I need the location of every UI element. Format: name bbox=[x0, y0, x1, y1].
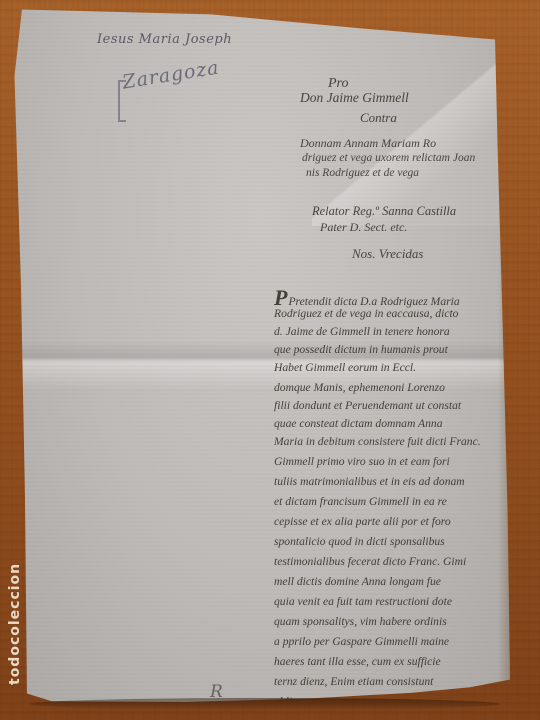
body-line: spontalicio quod in dicti sponsalibus bbox=[274, 535, 445, 548]
body-line: que possedit dictum in humanis prout bbox=[274, 343, 448, 356]
body-line: ternz dienz, Enim etiam consistunt bbox=[274, 675, 433, 688]
relator-line-1: Relator Reg.º Sanna Castilla bbox=[312, 204, 456, 219]
body-line: testimonialibus fecerat dicto Franc. Gim… bbox=[274, 555, 466, 568]
body-line: et dictam francisum Gimmell in ea re bbox=[274, 495, 447, 508]
body-line: a pprilo per Gaspare Gimmelli maine bbox=[274, 635, 449, 648]
caption-contra: Contra bbox=[360, 110, 397, 126]
pencil-header-invocation: Iesus Maria Joseph bbox=[97, 32, 232, 47]
todocoleccion-watermark: todocoleccion bbox=[7, 544, 31, 704]
body-line: cepisse et ex alia parte alii por et for… bbox=[274, 515, 451, 528]
nos-line: Nos. Vrecidas bbox=[352, 246, 424, 262]
manuscript-page: Iesus Maria Joseph Zaragoza Pro Don Jaim… bbox=[12, 6, 510, 704]
body-line: Rodriguez et de vega in eaccausa, dicto bbox=[274, 307, 458, 320]
page-shadow bbox=[30, 698, 500, 710]
caption-defendant-line-2: driguez et vega uxorem relictam Joan bbox=[302, 152, 475, 164]
body-line: Habet Gimmell eorum in Eccl. bbox=[274, 361, 416, 374]
body-line: Maria in debitum consistere fuit dicti F… bbox=[274, 435, 481, 448]
body-line: domque Manis, ephemenoni Lorenzo bbox=[274, 381, 445, 394]
caption-defendant-line-3: nis Rodriguez et de vega bbox=[306, 167, 419, 179]
body-line: haeres tant illa esse, cum ex sufficie bbox=[274, 655, 441, 668]
body-line: quam sponsalitys, vim habere ordinis bbox=[274, 615, 447, 628]
body-line: mell dictis domine Anna longam fue bbox=[274, 575, 441, 588]
body-line: d. Jaime de Gimmell in tenere honora bbox=[274, 325, 450, 338]
caption-plaintiff: Don Jaime Gimmell bbox=[300, 90, 409, 106]
caption-defendant-line-1: Donnam Annam Mariam Ro bbox=[300, 136, 436, 151]
body-line: filii dondunt et Peruendemant ut constat bbox=[274, 399, 461, 412]
body-line: quia venit ea fuit tam restructioni dote bbox=[274, 595, 452, 608]
relator-line-2: Pater D. Sect. etc. bbox=[320, 220, 407, 235]
pencil-city-note: Zaragoza bbox=[121, 56, 221, 93]
body-line: tuliis matrimonialibus et in eis ad dona… bbox=[274, 475, 465, 488]
body-line: quae consteat dictam domnam Anna bbox=[274, 417, 443, 430]
body-line: Gimmell primo viro suo in et eam fori bbox=[274, 455, 450, 468]
